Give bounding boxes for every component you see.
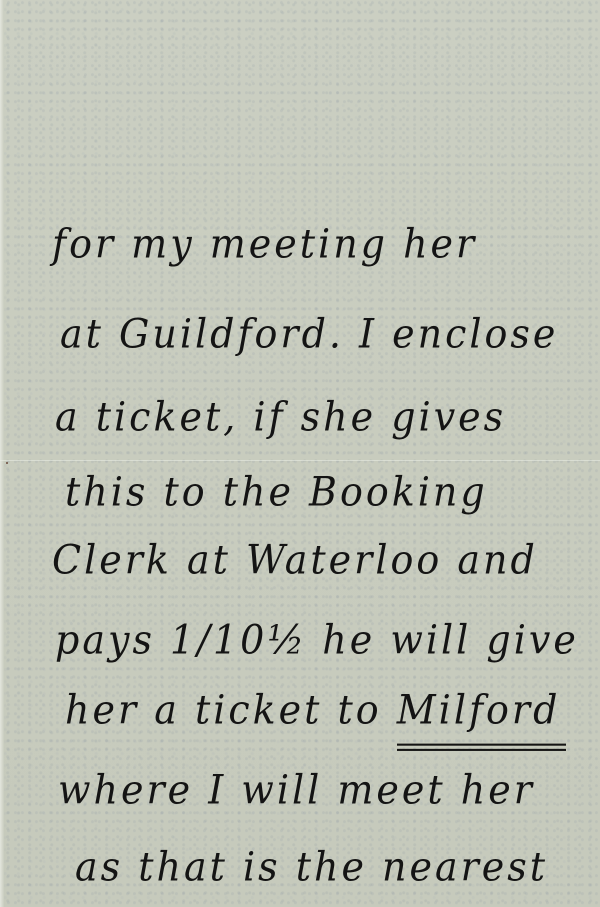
handwritten-line-7: her a ticket to Milford xyxy=(65,687,560,733)
handwritten-line-8: where I will meet her xyxy=(58,767,535,813)
handwritten-line-6: pays 1/10½ he will give xyxy=(55,617,579,663)
handwritten-line-2: at Guildford. I enclose xyxy=(60,311,558,357)
underlined-word-milford: Milford xyxy=(397,687,561,733)
line-7-text: her a ticket to xyxy=(65,687,382,733)
page-edge xyxy=(0,0,4,907)
handwritten-line-5: Clerk at Waterloo and xyxy=(52,537,538,583)
ink-spot xyxy=(6,462,8,464)
fold-crease xyxy=(0,460,600,461)
handwritten-line-3: a ticket, if she gives xyxy=(55,394,506,440)
handwritten-line-9: as that is the nearest xyxy=(75,844,548,890)
letter-page: for my meeting her at Guildford. I enclo… xyxy=(0,0,600,907)
handwritten-line-1: for my meeting her xyxy=(52,221,477,267)
handwritten-line-4: this to the Booking xyxy=(65,469,488,515)
